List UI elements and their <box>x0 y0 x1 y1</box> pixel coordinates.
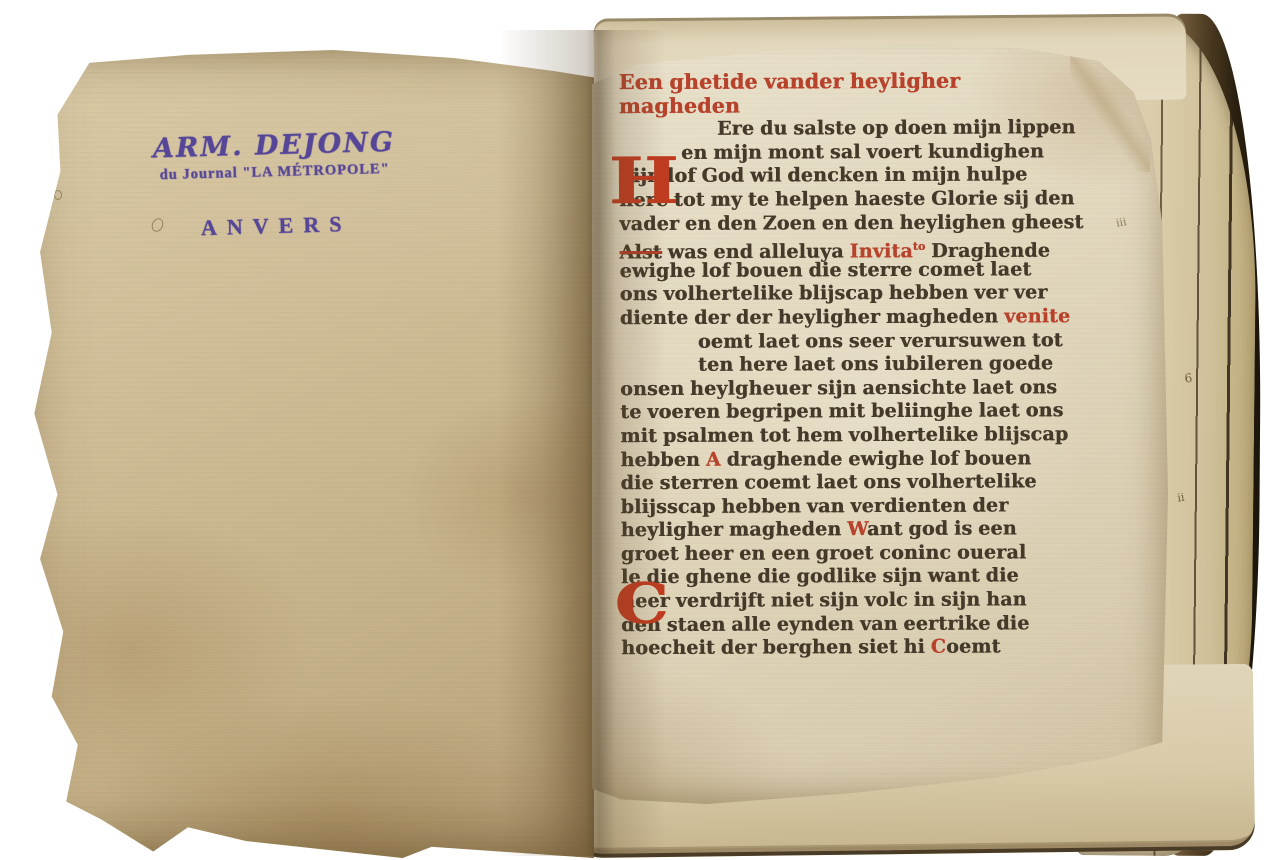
manuscript-text-line: Ere du salste op doen mijn lippenH <box>619 116 1143 142</box>
manuscript-text-line: mit psalmen tot hem volhertelike blijsca… <box>620 423 1144 449</box>
manuscript-rubric-line: magheden <box>619 92 1143 118</box>
manuscript-text-line: die sterren coemt laet ons volhertelike <box>620 470 1144 496</box>
illuminated-initial-H: H <box>609 152 679 212</box>
manuscript-rubric-line: Een ghetide vander heyligher <box>619 69 1143 95</box>
manuscript-text-block: Een ghetide vander heylighermaghedenEre … <box>619 69 1146 661</box>
manuscript-text-line: blijsscap hebben van verdienten der <box>621 494 1145 520</box>
manuscript-text-line: onsen heylgheuer sijn aensichte laet ons <box>620 376 1144 402</box>
manuscript-text-line: oemt laet ons seer verursuwen totC <box>620 328 1144 354</box>
manuscript-text-line: here tot my te helpen haeste Glorie sij … <box>619 187 1143 213</box>
book-photo: ʒ6iiç ARM. DEJONG du Journal "LA MÉTROPO… <box>0 0 1280 860</box>
manuscript-text-line: heyligher magheden Want god is een <box>621 517 1145 543</box>
stamp-city: ANVERS <box>111 208 442 243</box>
manuscript-text-line: le die ghene die godlike sijn want die <box>621 564 1145 590</box>
fore-edge-mark: ii <box>1177 492 1185 504</box>
manuscript-text-line: diente der der heyligher magheden venite <box>620 305 1144 331</box>
ownership-stamp: ARM. DEJONG du Journal "LA MÉTROPOLE" AN… <box>109 125 442 243</box>
manuscript-text-line: ons volhertelike blijscap hebben ver ver <box>620 281 1144 307</box>
manuscript-text-line: dijn lof God wil dencken in mijn hulpe <box>619 163 1143 189</box>
ink-fleck <box>54 190 62 200</box>
manuscript-text-line: groet heer en een groet coninc oueral <box>621 541 1145 567</box>
manuscript-text-line: en mijn mont sal voert kundighen <box>619 140 1143 166</box>
manuscript-text-line: hebben A draghende ewighe lof bouen <box>620 446 1144 472</box>
illuminated-initial-C: C <box>614 577 668 629</box>
stamp-owner-name: ARM. DEJONG <box>109 125 440 165</box>
manuscript-text-line: ten here laet ons iubileren goede <box>620 352 1144 378</box>
manuscript-text-line: den staen alle eynden van eertrike die <box>621 612 1145 638</box>
manuscript-text-line: heer verdrijft niet sijn volc in sijn ha… <box>621 588 1145 614</box>
margin-note: iii <box>1115 215 1128 230</box>
fore-edge-mark: 6 <box>1184 372 1193 385</box>
manuscript-text-line: ewighe lof bouen die sterre comet laet <box>620 258 1144 284</box>
left-page: ARM. DEJONG du Journal "LA MÉTROPOLE" AN… <box>14 50 594 858</box>
manuscript-text-line: vader en den Zoen en den heylighen ghees… <box>619 210 1143 236</box>
manuscript-text-line: hoecheit der berghen siet hi Coemt <box>621 635 1145 661</box>
right-page: Een ghetide vander heylighermaghedenEre … <box>592 30 1168 804</box>
manuscript-text-line: te voeren begripen mit beliinghe laet on… <box>620 399 1144 425</box>
manuscript-text-line: Alst was end alleluya Invitato Draghende <box>619 234 1143 260</box>
